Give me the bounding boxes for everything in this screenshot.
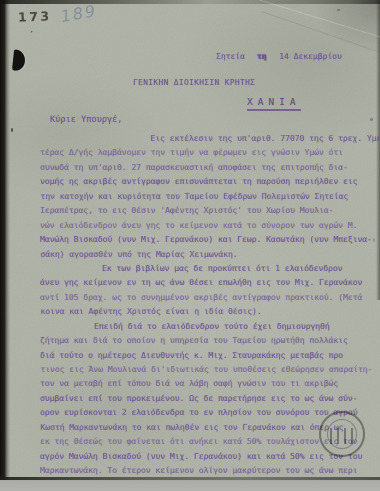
typed-line: τον να μεταβή επί τόπου διά να λάβη σαφή…	[40, 376, 374, 390]
typed-line: Μαρκαντωνάκη. Το έτερον κείμενον ολίγον …	[40, 463, 374, 477]
dateline-date: 14 Δεκεμβρίου	[279, 52, 342, 61]
typed-line: Ιεραπέτρας, το εις θέσιν 'Αφέντης Χριστό…	[40, 203, 374, 217]
typed-line: τινος εις Άνω Μουλιανά δι'ιδιωτικάς του …	[40, 362, 374, 376]
typed-line: σάκη) αγορασθέν υπό της Μαρίας Χειμωνάκη…	[40, 247, 374, 261]
dirt-speck	[337, 9, 340, 11]
typed-line: κοινα και Αφέντης Χριστός είναι η ιδία θ…	[40, 304, 374, 318]
handwritten-archive-numbers: 173 189 ,	[18, 6, 97, 25]
typed-line: συμβαίνει επί του προκειμένου. Ως δε παρ…	[40, 391, 374, 405]
archive-number-primary: 173	[18, 8, 52, 24]
typed-line: Μανώλη Βισκαδού (νυν Μιχ. Γερανάκου) και…	[40, 232, 374, 246]
scanner-background-strip	[0, 480, 380, 491]
typed-line: Εκ των βιβλίων μας δε προκύπτει ότι 1 ελ…	[40, 261, 374, 275]
seal-illegible-glyphs	[330, 428, 358, 444]
typed-line: αντί 105 δραχ. ως το συνημμένον ακριβές …	[40, 290, 374, 304]
ink-speck	[370, 118, 373, 121]
embossed-seal-stamp	[319, 411, 365, 457]
typed-line: συνωδά τη υπ'αριθ. 27 παρασκευαστική απο…	[40, 160, 374, 174]
typed-line: ζήτημα και διά το οποίον η υπηρεσία του …	[40, 333, 374, 347]
salutation: Κύριε Υπουργέ,	[50, 115, 122, 125]
scan-edge-left	[0, 0, 10, 481]
typed-line: νομής ης ακριβές αντίγραφον επισυνάπτετα…	[40, 174, 374, 188]
recipient-city: ΧΑΝΙΑ	[247, 97, 301, 111]
typed-line: νών ελαιόδενδρον άνευ γης το κείμενον κα…	[40, 218, 374, 232]
corner-shadow	[270, 0, 380, 90]
typed-line: ορον ευρίσκονται 2 ελαιόδενδρα το εν πλη…	[40, 405, 374, 419]
typed-line: Επειδή διά το ελαιόδενδρον τούτο έχει δη…	[40, 319, 374, 333]
recipient-organization: ΓΕΝΙΚΗΝ ΔΙΟΙΚΗΣΙΝ ΚΡΗΤΗΣ	[133, 78, 255, 87]
typed-line: Εις εκτέλεσιν της υπ'αριθ. 77070 της 6 τ…	[40, 131, 374, 145]
dateline-article: τη	[257, 52, 267, 61]
typed-line: άνευ γης κείμενον εν τη ως άνω θέσει επω…	[40, 275, 374, 289]
typed-line: τέρας Δ/γής λαμβάνομεν την τιμήν να φέρω…	[40, 145, 374, 159]
typed-line: διά τούτο ο ημέτερος Διευθυντής κ. Μιχ. …	[40, 348, 374, 362]
scanned-letter-page: 173 189 , Σητεία τη 14 Δεκεμβρίου ΓΕΝΙΚΗ…	[0, 0, 380, 491]
typed-line: αγρόν Μανώλη Βισκαδού (νυν Μιχ. Γερανάκο…	[40, 449, 374, 463]
dirt-speck	[11, 128, 13, 132]
dateline: Σητεία τη 14 Δεκεμβρίου	[216, 52, 342, 61]
dateline-place: Σητεία	[216, 52, 245, 61]
typed-line: την κατοχήν και κυριότητα του Ταμείου Εφ…	[40, 189, 374, 203]
